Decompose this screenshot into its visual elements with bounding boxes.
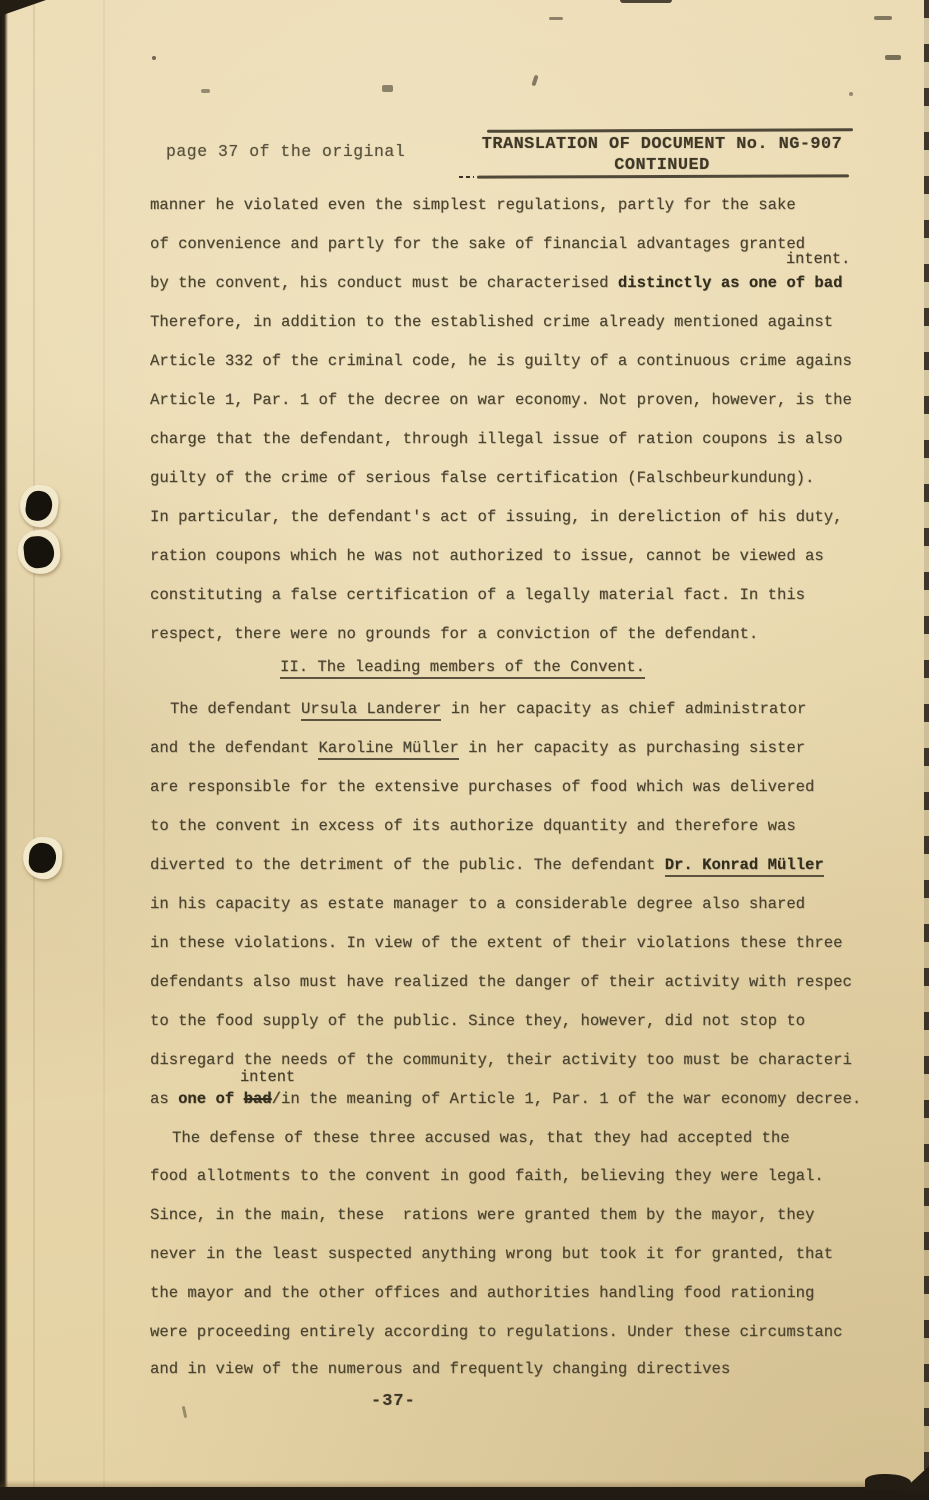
page-number: -37-	[371, 1392, 416, 1411]
text-line: guilty of the crime of serious false cer…	[150, 469, 814, 488]
text-segment: The defense of these three accused was, …	[172, 1129, 790, 1147]
text-line: The defendant Ursula Landerer in her cap…	[170, 700, 806, 719]
typed-insertion: intent	[240, 1068, 295, 1086]
text-line: manner he violated even the simplest reg…	[150, 196, 796, 215]
text-line: were proceeding entirely according to re…	[150, 1323, 842, 1342]
text-segment: In particular, the defendant's act of is…	[150, 508, 842, 526]
text-segment: and the defendant	[150, 739, 318, 757]
text-segment: Karoline Müller	[318, 739, 458, 760]
text-segment: in her capacity as purchasing sister	[459, 739, 805, 757]
text-line: diverted to the detriment of the public.…	[150, 856, 824, 875]
text-segment: manner he violated even the simplest reg…	[150, 196, 796, 214]
text-line: Therefore, in addition to the establishe…	[150, 313, 833, 332]
text-line: II. The leading members of the Convent.	[280, 658, 645, 677]
text-segment: defendants also must have realized the d…	[150, 973, 852, 991]
text-segment: bad	[244, 1090, 272, 1108]
text-segment: diverted to the detriment of the public.…	[150, 856, 665, 874]
document-body: manner he violated even the simplest reg…	[0, 0, 929, 1500]
text-segment: disregard the needs of the community, th…	[150, 1051, 852, 1069]
text-line: Article 1, Par. 1 of the decree on war e…	[150, 391, 852, 410]
scanned-document-page: page 37 of the original TRANSLATION OF D…	[0, 0, 929, 1500]
text-segment: respect, there were no grounds for a con…	[150, 625, 758, 643]
text-line: constituting a false certification of a …	[150, 586, 805, 605]
text-line: in these violations. In view of the exte…	[150, 934, 842, 953]
text-segment: /in the meaning of Article 1, Par. 1 of …	[272, 1090, 862, 1108]
text-segment: constituting a false certification of a …	[150, 586, 805, 604]
text-line: respect, there were no grounds for a con…	[150, 625, 758, 644]
text-segment: distinctly as one of bad	[618, 274, 843, 292]
text-segment: II. The leading members of the Convent.	[280, 658, 645, 679]
text-line: as one of bad/in the meaning of Article …	[150, 1090, 861, 1109]
text-segment: and in view of the numerous and frequent…	[150, 1360, 730, 1378]
typed-insertion: intent.	[786, 250, 850, 268]
text-segment: Dr. Konrad Müller	[665, 856, 824, 877]
text-line: Since, in the main, these rations were g…	[150, 1206, 814, 1225]
text-segment: in her capacity as chief administrator	[441, 700, 806, 718]
text-line: to the convent in excess of its authoriz…	[150, 817, 796, 836]
text-line: The defense of these three accused was, …	[172, 1129, 790, 1148]
text-line: defendants also must have realized the d…	[150, 973, 852, 992]
text-segment: food allotments to the convent in good f…	[150, 1167, 824, 1185]
text-line: by the convent, his conduct must be char…	[150, 274, 842, 293]
text-segment: guilty of the crime of serious false cer…	[150, 469, 814, 487]
text-segment: one of	[178, 1090, 244, 1108]
text-segment: of convenience and partly for the sake o…	[150, 235, 805, 253]
text-line: ration coupons which he was not authoriz…	[150, 547, 824, 566]
text-line: charge that the defendant, through illeg…	[150, 430, 842, 449]
text-segment: in these violations. In view of the exte…	[150, 934, 842, 952]
text-segment: were proceeding entirely according to re…	[150, 1323, 842, 1341]
text-segment: to the convent in excess of its authoriz…	[150, 817, 796, 835]
text-line: food allotments to the convent in good f…	[150, 1167, 824, 1186]
text-line: are responsible for the extensive purcha…	[150, 778, 814, 797]
text-segment: Therefore, in addition to the establishe…	[150, 313, 833, 331]
text-segment: Article 332 of the criminal code, he is …	[150, 352, 852, 370]
text-segment: The defendant	[170, 700, 301, 718]
text-segment: ration coupons which he was not authoriz…	[150, 547, 824, 565]
text-segment: never in the least suspected anything wr…	[150, 1245, 833, 1263]
text-line: and in view of the numerous and frequent…	[150, 1360, 730, 1379]
text-segment: as	[150, 1090, 178, 1108]
text-segment: Article 1, Par. 1 of the decree on war e…	[150, 391, 852, 409]
text-segment: in his capacity as estate manager to a c…	[150, 895, 805, 913]
text-segment: charge that the defendant, through illeg…	[150, 430, 842, 448]
text-line: never in the least suspected anything wr…	[150, 1245, 833, 1264]
text-line: of convenience and partly for the sake o…	[150, 235, 805, 254]
text-line: Article 332 of the criminal code, he is …	[150, 352, 852, 371]
text-segment: Ursula Landerer	[301, 700, 441, 721]
text-line: the mayor and the other offices and auth…	[150, 1284, 814, 1303]
text-segment: the mayor and the other offices and auth…	[150, 1284, 814, 1302]
text-segment: are responsible for the extensive purcha…	[150, 778, 814, 796]
text-segment: by the convent, his conduct must be char…	[150, 274, 618, 292]
text-segment: Since, in the main, these rations were g…	[150, 1206, 814, 1224]
text-segment: to the food supply of the public. Since …	[150, 1012, 805, 1030]
text-line: In particular, the defendant's act of is…	[150, 508, 842, 527]
text-line: and the defendant Karoline Müller in her…	[150, 739, 805, 758]
text-line: to the food supply of the public. Since …	[150, 1012, 805, 1031]
text-line: in his capacity as estate manager to a c…	[150, 895, 805, 914]
